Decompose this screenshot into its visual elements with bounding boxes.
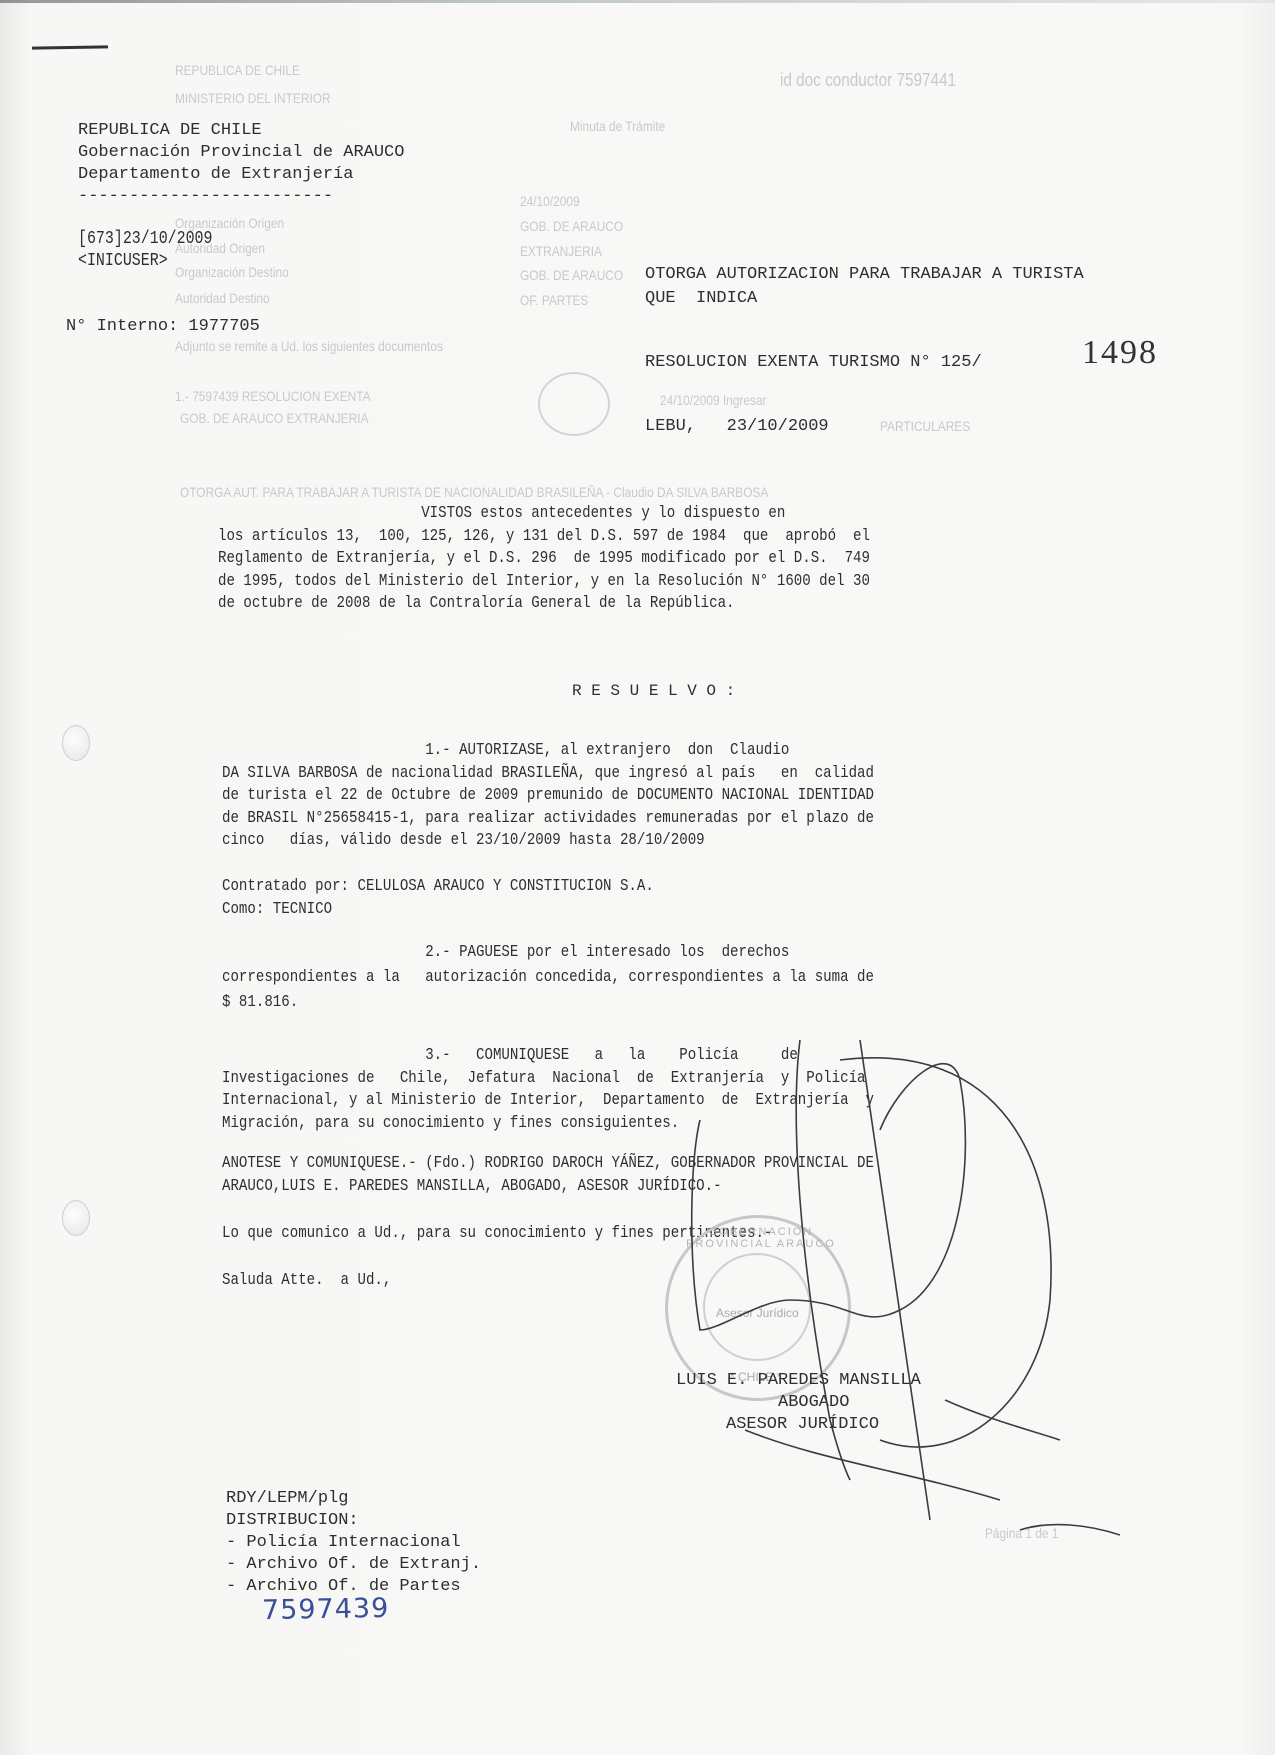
- distribution-heading: DISTRIBUCION:: [226, 1510, 359, 1532]
- punch-hole-top: [62, 725, 90, 761]
- document-page: REPUBLICA DE CHILE MINISTERIO DEL INTERI…: [0, 0, 1275, 1755]
- distribution-initials: RDY/LEPM/plg: [226, 1488, 348, 1510]
- punch-hole-bottom: [62, 1200, 90, 1236]
- distribution-item: - Archivo Of. de Extranj.: [226, 1554, 481, 1576]
- handwritten-signature: [0, 0, 1275, 1755]
- distribution-item: - Policía Internacional: [226, 1532, 481, 1554]
- distribution-list: - Policía Internacional- Archivo Of. de …: [226, 1532, 481, 1598]
- handwritten-number: 7597439: [262, 1593, 390, 1626]
